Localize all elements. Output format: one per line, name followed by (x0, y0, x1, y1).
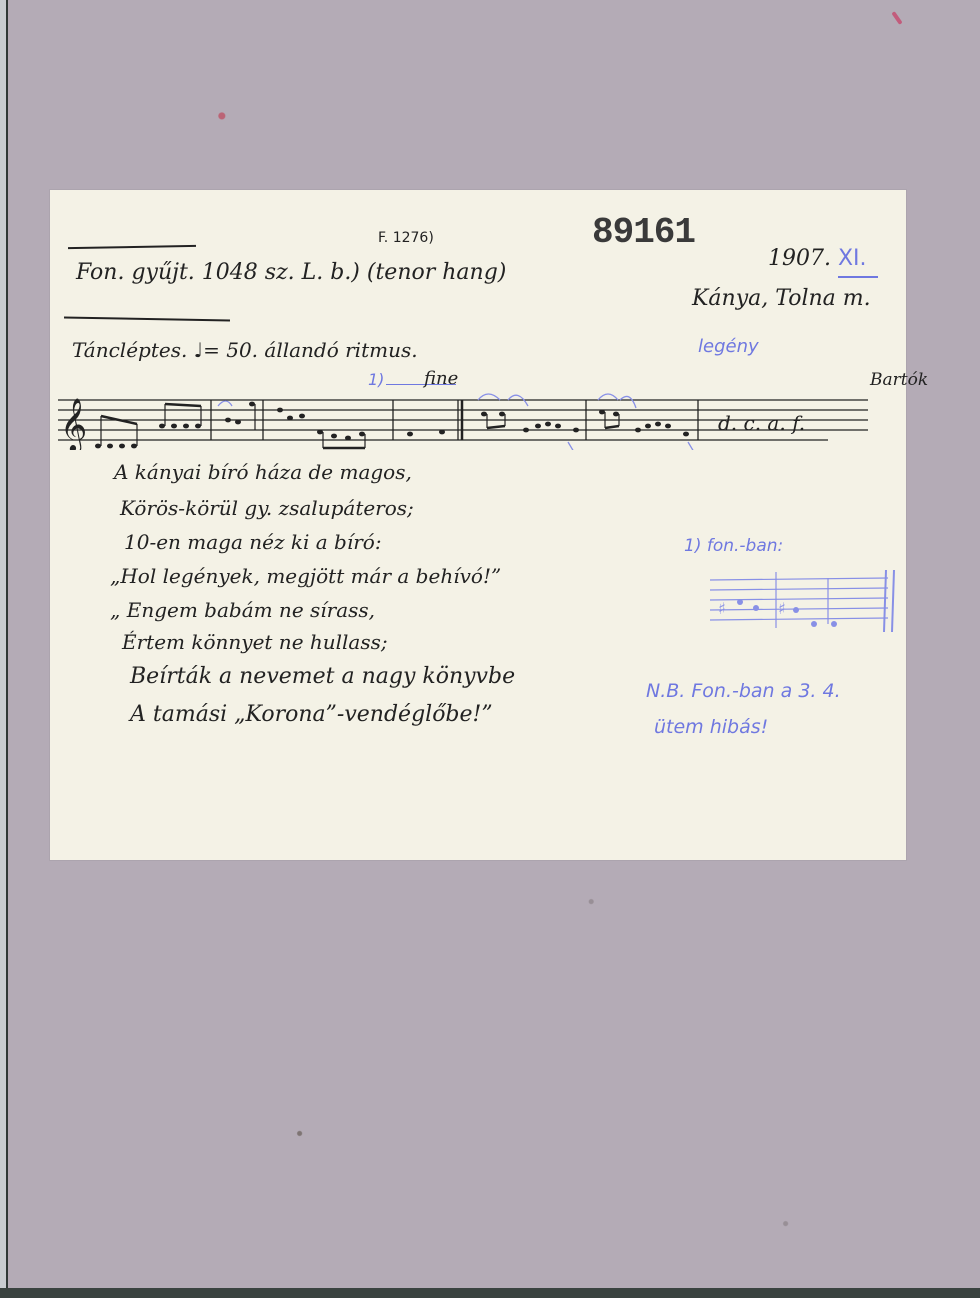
lyric-line: „Hol legények, megjött már a behívó!” (110, 564, 501, 588)
lyric-line: „ Engem babám ne sírass, (110, 598, 375, 622)
board-mark (891, 11, 902, 25)
manuscript-card: F. 1276) 89161 Fon. gyűjt. 1048 sz. L. b… (50, 190, 906, 860)
sharp-icon: ♯ (718, 599, 726, 618)
catalog-reference: F. 1276) (378, 230, 434, 246)
lyric-line: Beírták a nevemet a nagy könyvbe (130, 664, 515, 689)
collector-signature: Bartók (870, 370, 928, 390)
singer: legény (698, 336, 759, 357)
tempo-rule (64, 317, 230, 322)
footnote-mark: 1) (368, 370, 384, 389)
footnote-annotation: 1) fon.-ban: (684, 536, 783, 556)
fine-label: fine (424, 368, 458, 389)
lyric-line: 10-en maga néz ki a bíró: (124, 530, 382, 554)
blue-slur-marks (218, 394, 694, 450)
source-line: Fon. gyűjt. 1048 sz. L. b.) (tenor hang) (76, 260, 506, 285)
lyric-line: Értem könnyet ne hullass; (122, 630, 388, 654)
date-month: XI. (838, 246, 867, 271)
ending-label: d. c. a. f. (718, 411, 805, 435)
scanner-left-edge (0, 0, 8, 1298)
date-underline (838, 276, 878, 278)
nb-annotation-line2: ütem hibás! (654, 716, 768, 738)
sharp-icon: ♯ (778, 599, 786, 618)
date: 1907. XI. (768, 246, 867, 271)
header-rule (68, 245, 196, 249)
place: Kánya, Tolna m. (692, 286, 871, 311)
scanner-bottom-edge (0, 1288, 980, 1298)
lyric-line: Körös-körül gy. zsalupáteros; (120, 496, 414, 520)
tempo-line: Táncléptes. ♩= 50. állandó ritmus. (72, 338, 418, 362)
date-year: 1907. (768, 246, 831, 271)
lyric-line: A kányai bíró háza de magos, (114, 460, 412, 484)
archive-stamp: 89161 (592, 212, 695, 253)
music-staff: 𝄞 d. c. a. (58, 390, 908, 450)
treble-clef-icon: 𝄞 (60, 397, 87, 450)
footnote-staff: ♯ ♯ (710, 568, 900, 638)
nb-annotation: N.B. Fon.-ban a 3. 4. (646, 680, 841, 702)
lyric-line: A tamási „Korona”-vendéglőbe!” (130, 702, 493, 727)
